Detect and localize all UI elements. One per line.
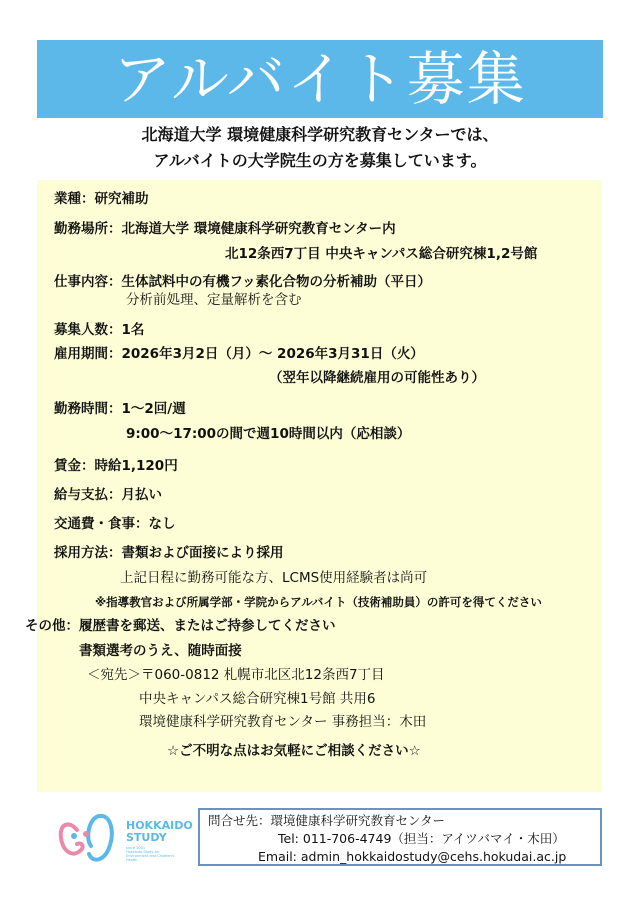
- hours-line-2: 9:00～17:00の間で週10時間以内（応相談）: [126, 425, 410, 443]
- contact-email: Email: admin_hokkaidostudy@cehs.hokudai.…: [258, 848, 566, 866]
- hiring-line-1: 採用方法：書類および面接により採用: [54, 544, 284, 562]
- page-title: アルバイト募集: [113, 50, 527, 108]
- details-panel: 業種：研究補助 勤務場所：北海道大学 環境健康科学研究教育センター内 北12条西…: [37, 180, 602, 792]
- openings: 募集人数：1名: [54, 321, 144, 339]
- logo-name: HOKKAIDO STUDY: [126, 820, 193, 844]
- hours-line-1: 勤務時間：1～2回/週: [54, 400, 186, 418]
- address-line-2: 中央キャンパス総合研究棟1号館 共用6: [139, 690, 376, 708]
- period-line-2: （翌年以降継続雇用の可能性あり）: [269, 369, 485, 387]
- address-line-3: 環境健康科学研究教育センター 事務担当：木田: [139, 713, 426, 731]
- other-line-2: 書類選考のうえ、随時面接: [79, 642, 242, 660]
- contact-title: 問合せ先：環境健康科学研究教育センター: [208, 812, 445, 830]
- hokkaido-study-logo-icon: [55, 808, 125, 872]
- hokkaido-study-logo: HOKKAIDO STUDY since 2001 Hokkaido Study…: [55, 808, 175, 872]
- hiring-line-2: 上記日程に勤務可能な方、LCMS使用経験者は尚可: [120, 569, 427, 587]
- other-line-1: その他：履歴書を郵送、またはご持参してください: [25, 617, 336, 635]
- workplace-line-2: 北12条西7丁目 中央キャンパス総合研究棟1,2号館: [225, 245, 537, 263]
- contact-box: 問合せ先：環境健康科学研究教育センター Tel: 011-706-4749（担当…: [198, 808, 602, 866]
- address-line-1: ＜宛先＞〒060-0812 札幌市北区北12条西7丁目: [87, 666, 385, 684]
- intro-line-2: アルバイトの大学院生の方を募集しています。: [0, 148, 640, 174]
- job-type: 業種：研究補助: [54, 190, 149, 208]
- transport: 交通費・食事：なし: [54, 515, 176, 533]
- closing-message: ☆ご不明な点はお気軽にご相談ください☆: [167, 742, 421, 760]
- title-banner: アルバイト募集: [37, 40, 603, 118]
- payment: 給与支払：月払い: [54, 486, 162, 504]
- intro-text: 北海道大学 環境健康科学研究教育センターでは、 アルバイトの大学院生の方を募集し…: [0, 122, 640, 174]
- intro-line-1: 北海道大学 環境健康科学研究教育センターでは、: [0, 122, 640, 148]
- logo-subtitle: since 2001 Hokkaido Study on Environment…: [126, 846, 175, 862]
- workplace-line-1: 勤務場所：北海道大学 環境健康科学研究教育センター内: [54, 220, 396, 238]
- wage: 賃金：時給1,120円: [54, 457, 178, 475]
- contact-tel: Tel: 011-706-4749（担当：アイツバマイ・木田）: [278, 830, 565, 848]
- hiring-note: ※指導教官および所属学部・学院からアルバイト（技術補助員）の許可を得てください: [95, 593, 542, 611]
- job-content-line-2: 分析前処理、定量解析を含む: [126, 291, 302, 309]
- period-line-1: 雇用期間：2026年3月2日（月）～ 2026年3月31日（火）: [54, 345, 424, 363]
- job-content-line-1: 仕事内容：生体試料中の有機フッ素化合物の分析補助（平日）: [54, 273, 431, 291]
